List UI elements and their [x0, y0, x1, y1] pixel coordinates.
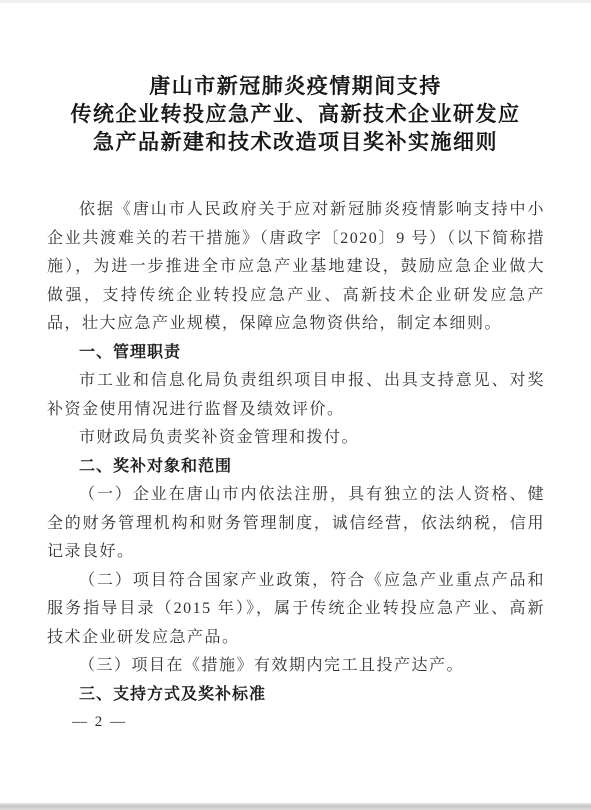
document-title: 唐山市新冠肺炎疫情期间支持 传统企业转投应急产业、高新技术企业研发应 急产品新建…	[0, 72, 591, 156]
body-paragraph-item-2: （二）项目符合国家产业政策，符合《应急产业重点产品和服务指导目录（2015 年）…	[47, 567, 545, 653]
document-title-line-2: 传统企业转投应急产业、高新技术企业研发应	[0, 100, 591, 128]
scanned-document-page: 唐山市新冠肺炎疫情期间支持 传统企业转投应急产业、高新技术企业研发应 急产品新建…	[0, 0, 591, 810]
document-title-line-1: 唐山市新冠肺炎疫情期间支持	[0, 72, 591, 100]
intro-paragraph: 依据《唐山市人民政府关于应对新冠肺炎疫情影响支持中小企业共渡难关的若干措施》（唐…	[47, 196, 545, 339]
section-heading-2: 二、奖补对象和范围	[47, 453, 545, 482]
page-number: — 2 —	[72, 714, 127, 731]
body-paragraph-item-1: （一）企业在唐山市内依法注册，具有独立的法人资格、健全的财务管理机构和财务管理制…	[47, 481, 545, 567]
page-bottom-edge	[0, 803, 591, 810]
body-paragraph-miit: 市工业和信息化局负责组织项目申报、出具支持意见、对奖补资金使用情况进行监督及绩效…	[47, 367, 545, 424]
document-title-line-3: 急产品新建和技术改造项目奖补实施细则	[0, 128, 591, 156]
section-heading-3: 三、支持方式及奖补标准	[47, 681, 545, 710]
body-paragraph-finance: 市财政局负责奖补资金管理和拨付。	[47, 424, 545, 453]
section-heading-1: 一、管理职责	[47, 339, 545, 368]
page-top-edge	[0, 0, 591, 3]
document-body: 依据《唐山市人民政府关于应对新冠肺炎疫情影响支持中小企业共渡难关的若干措施》（唐…	[47, 196, 545, 709]
body-paragraph-item-3: （三）项目在《措施》有效期内完工且投产达产。	[47, 652, 545, 681]
